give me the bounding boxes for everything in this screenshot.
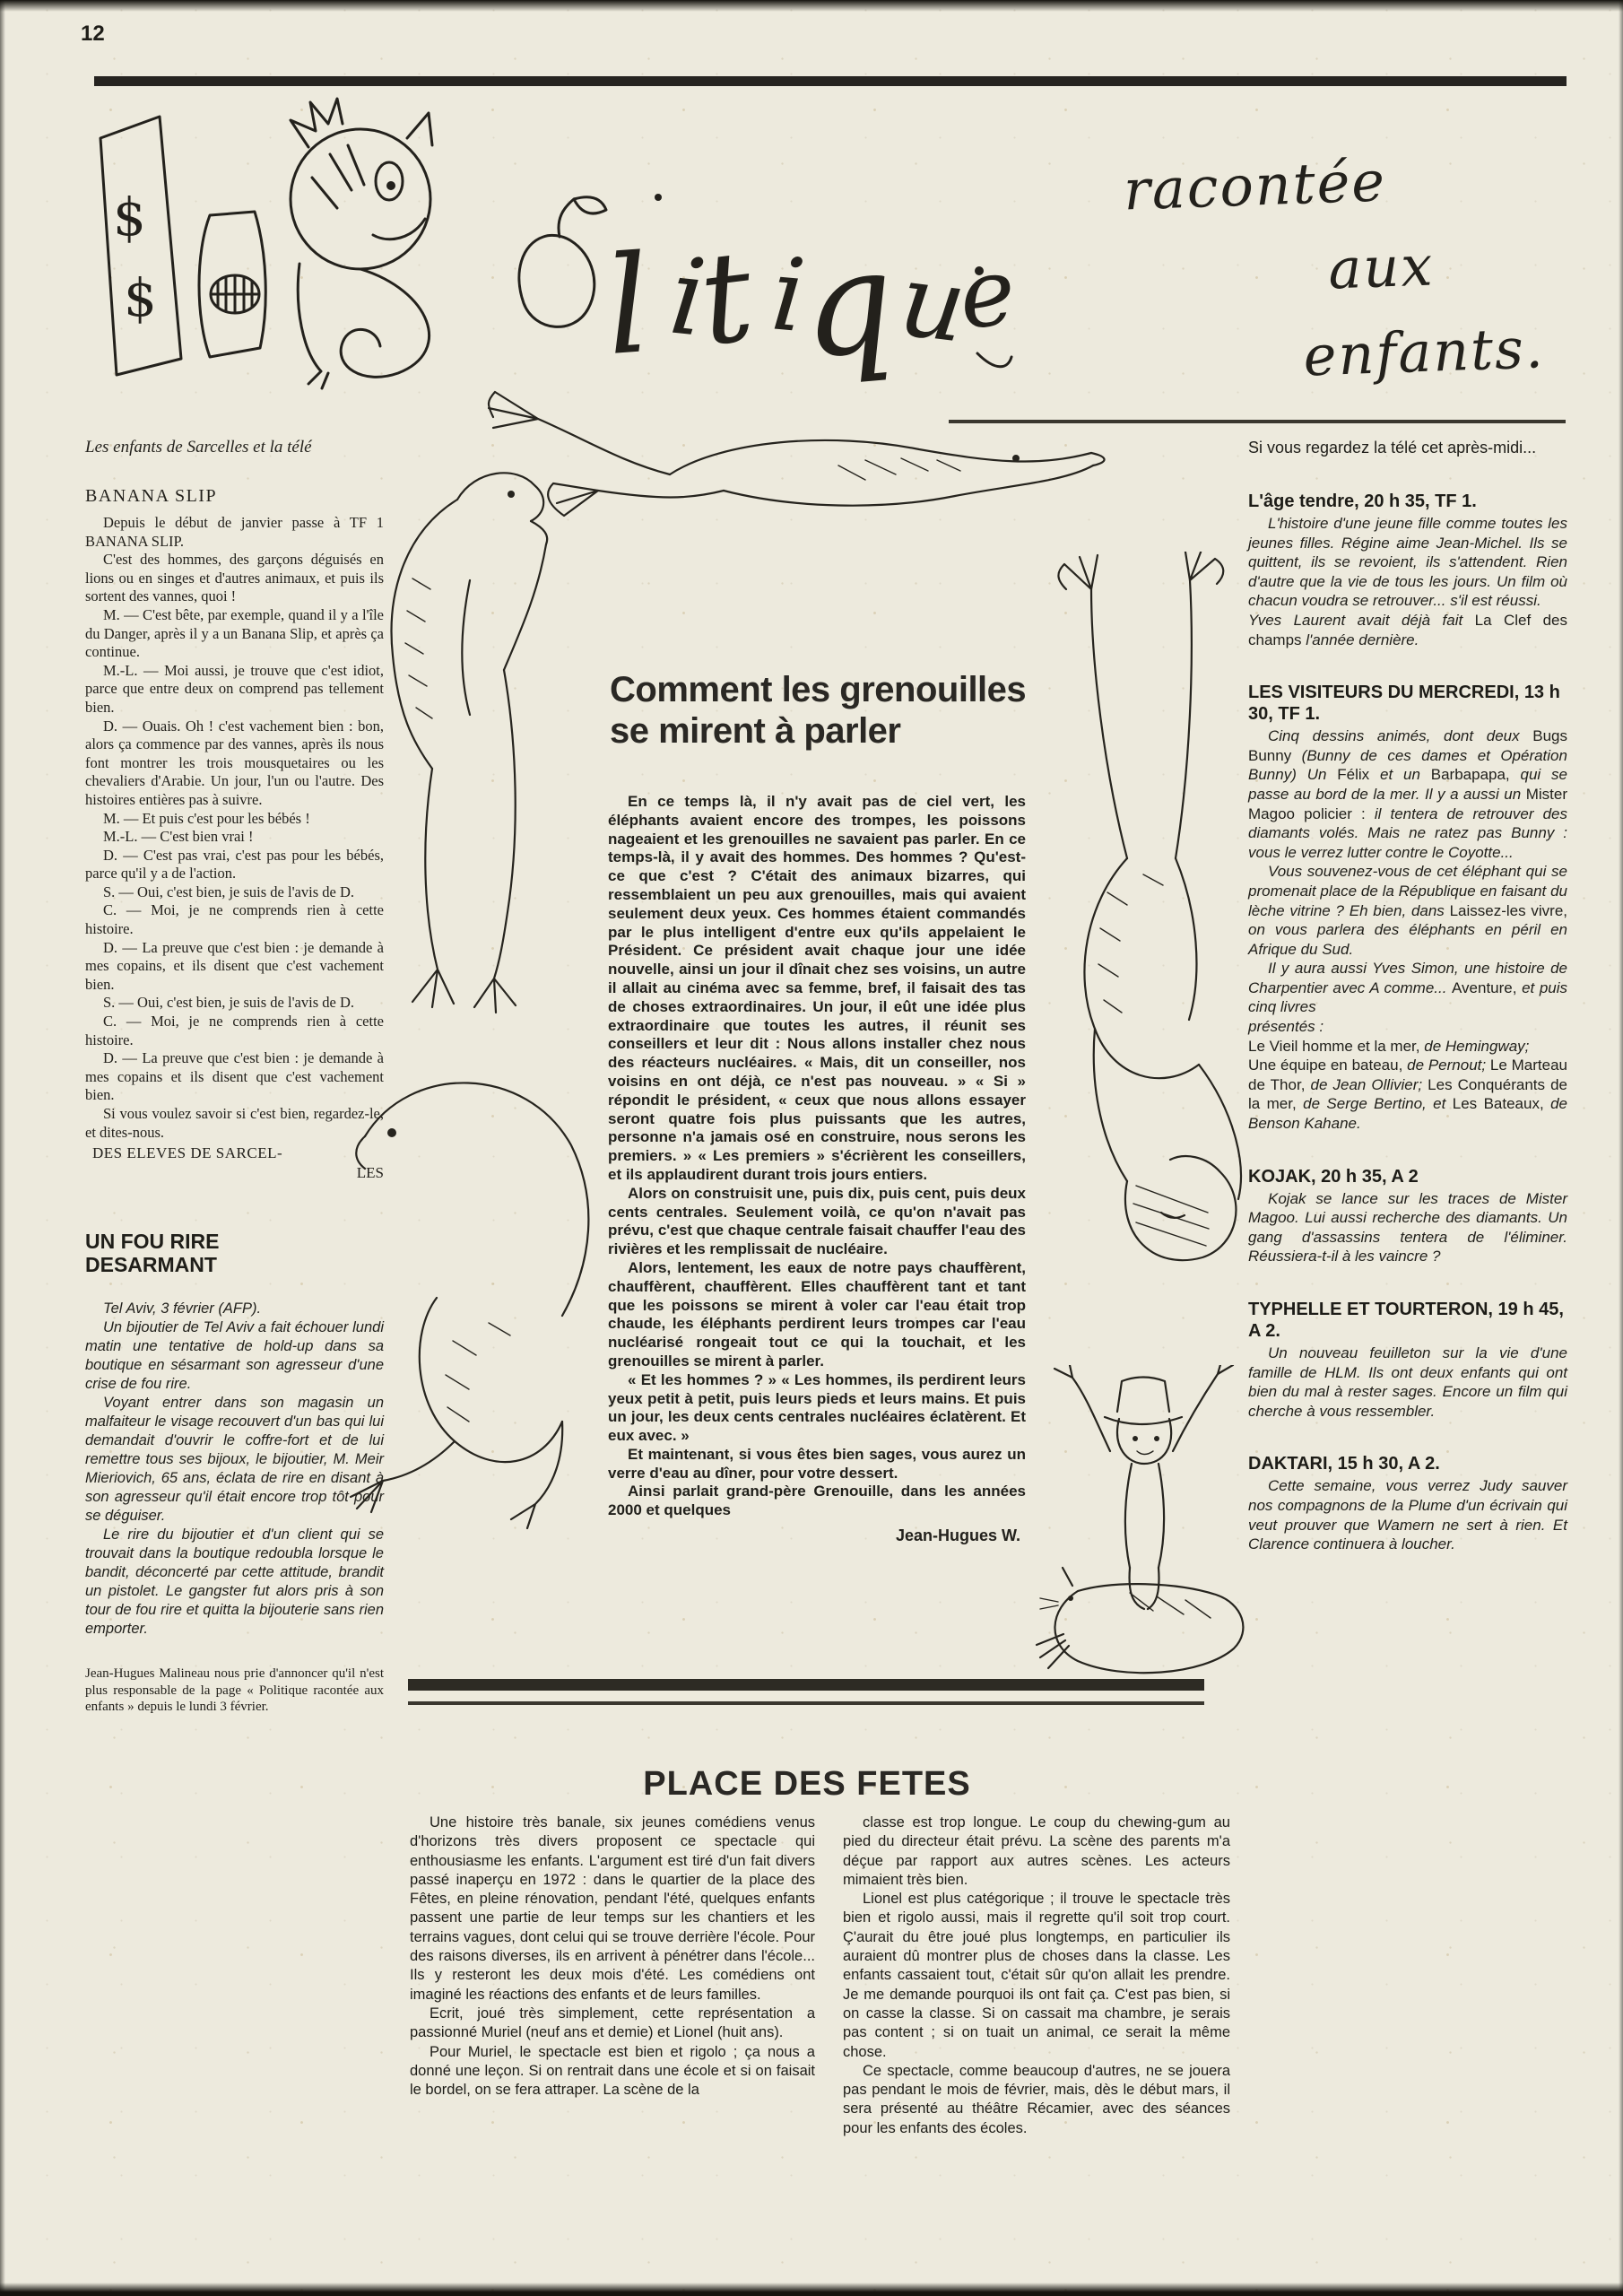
page-edge-top: [0, 0, 1623, 12]
article-paragraph: Alors, lentement, les eaux de notre pays…: [608, 1259, 1026, 1371]
program-paragraph: Le Vieil homme et la mer, de Hemingway;: [1248, 1037, 1567, 1057]
masthead-art-letter: e: [954, 236, 1015, 351]
headline-line2: se mirent à parler: [610, 710, 1058, 752]
program-text-run: Yves Laurent avait déjà fait: [1248, 612, 1475, 629]
program-text-run: de Hemingway;: [1424, 1038, 1529, 1055]
tv-program-list: L'âge tendre, 20 h 35, TF 1.L'histoire d…: [1248, 491, 1567, 1554]
bottom-article-paragraph: Une histoire très banale, six jeunes com…: [410, 1813, 815, 2005]
bottom-article-title: PLACE DES FETES: [408, 1765, 1206, 1803]
program-paragraph: L'histoire d'une jeune fille comme toute…: [1248, 514, 1567, 611]
article-paragraph: En ce temps là, il n'y avait pas de ciel…: [608, 793, 1026, 1185]
newspaper-page: 12 $$ litique racontéeauxenfants. Les en…: [0, 0, 1623, 2296]
bottom-article-column-1: Une histoire très banale, six jeunes com…: [410, 1813, 815, 2100]
program-paragraph: Cette semaine, vous verrez Judy sauver n…: [1248, 1476, 1567, 1553]
dollar-sign-art: $: [113, 187, 146, 248]
page-edge-left: [0, 0, 5, 2296]
separator-thick: [408, 1679, 1204, 1691]
program-heading: DAKTARI, 15 h 30, A 2.: [1248, 1453, 1567, 1474]
program-text-run: présentés :: [1248, 1018, 1324, 1035]
bottom-article-column-2: classe est trop longue. Le coup du chewi…: [843, 1813, 1230, 2138]
masthead-art-letter: t: [692, 223, 760, 375]
standing-frog-illustration: [323, 444, 619, 1022]
program-paragraph: Cinq dessins animés, dont deux Bugs Bunn…: [1248, 726, 1567, 862]
masthead-rule: [94, 76, 1567, 86]
program-text-run: Laissez-les vivre,: [1450, 902, 1567, 919]
article-paragraph: « Et les hommes ? » « Les hommes, ils pe…: [608, 1371, 1026, 1446]
main-article-body: En ce temps là, il n'y avait pas de ciel…: [608, 793, 1026, 1561]
article-paragraph: Alors on construisit une, puis dix, puis…: [608, 1185, 1026, 1259]
program-heading: KOJAK, 20 h 35, A 2: [1248, 1166, 1567, 1187]
program-text-run: Le Vieil homme et la mer,: [1248, 1038, 1424, 1055]
article-paragraph: Ainsi parlait grand-père Grenouille, dan…: [608, 1483, 1026, 1520]
program-paragraph: présentés :: [1248, 1017, 1567, 1037]
main-article-paragraphs: En ce temps là, il n'y avait pas de ciel…: [608, 793, 1026, 1520]
bottom-article-paragraph: Ecrit, joué très simplement, cette repré…: [410, 2005, 815, 2043]
program-text-run: Félix: [1337, 766, 1380, 783]
program-text-run: Kojak se lance sur les traces de Mister …: [1248, 1190, 1567, 1265]
cat-ear-spikes: [291, 99, 343, 147]
bottom-article-paragraph: Lionel est plus catégorique ; il trouve …: [843, 1890, 1230, 2062]
program-paragraph: Un nouveau feuilleton sur la vie d'une f…: [1248, 1344, 1567, 1421]
article-paragraph: Et maintenant, si vous êtes bien sages, …: [608, 1446, 1026, 1483]
program-heading: TYPHELLE ET TOURTERON, 19 h 45, A 2.: [1248, 1299, 1567, 1342]
program-text-run: Barbapapa,: [1431, 766, 1521, 783]
editor-note: Jean-Hugues Malineau nous prie d'annonce…: [85, 1665, 384, 1716]
page-number: 12: [81, 23, 105, 45]
program-text-run: de Serge Bertino, et: [1303, 1095, 1453, 1112]
program-text-run: L'histoire d'une jeune fille comme toute…: [1248, 515, 1567, 609]
program-heading: LES VISITEURS DU MERCREDI, 13 h 30, TF 1…: [1248, 682, 1567, 725]
bottom-article-paragraph: Ce spectacle, comme beaucoup d'autres, n…: [843, 2062, 1230, 2138]
program-text-run: Cinq dessins animés, dont deux: [1268, 727, 1532, 744]
cat-body-spiral: [341, 269, 429, 377]
program-text-run: Une équipe en bateau,: [1248, 1057, 1407, 1074]
program-paragraph: Il y aura aussi Yves Simon, une histoire…: [1248, 959, 1567, 1017]
program-text-run: l'année dernière.: [1306, 631, 1419, 648]
letter-o-pear: [519, 235, 595, 326]
masthead-title-art: $$ litique: [74, 91, 1015, 395]
article-signature: Jean-Hugues W.: [608, 1526, 1026, 1545]
program-text-run: Aventure,: [1452, 979, 1522, 996]
main-headline: Comment les grenouilles se mirent à parl…: [610, 669, 1058, 752]
page-edge-bottom: [0, 2283, 1623, 2296]
program-text-run: on vous parlera des éléphants en péril e…: [1248, 921, 1567, 958]
program-text-run: et: [1478, 747, 1501, 764]
tv-afternoon-intro: Si vous regardez la télé cet après-midi.…: [1248, 438, 1567, 458]
program-text-run: de Pernout;: [1407, 1057, 1490, 1074]
program-text-run: et un: [1380, 766, 1431, 783]
bottom-article-paragraph: Pour Muriel, le spectacle est bien et ri…: [410, 2043, 815, 2100]
program-text-run: (Bunny de ces dames: [1302, 747, 1478, 764]
program-text-run: Un nouveau feuilleton sur la vie d'une f…: [1248, 1344, 1567, 1420]
headline-line1: Comment les grenouilles: [610, 669, 1058, 710]
right-column: Si vous regardez la télé cet après-midi.…: [1248, 438, 1567, 1554]
afp-paragraph: Le rire du bijoutier et d'un client qui …: [85, 1526, 384, 1639]
program-paragraph: Kojak se lance sur les traces de Mister …: [1248, 1189, 1567, 1266]
bottom-article-paragraph: classe est trop longue. Le coup du chewi…: [843, 1813, 1230, 1890]
program-text-run: Cette semaine, vous verrez Judy sauver n…: [1248, 1477, 1567, 1552]
dollar-sign-art: $: [124, 267, 157, 328]
cat-head: [291, 129, 430, 269]
program-paragraph: Yves Laurent avait déjà fait La Clef des…: [1248, 611, 1567, 649]
program-heading: L'âge tendre, 20 h 35, TF 1.: [1248, 491, 1567, 512]
program-text-run: Les Bateaux,: [1453, 1095, 1550, 1112]
separator-thin: [408, 1701, 1204, 1705]
program-paragraph: Une équipe en bateau, de Pernout; Le Mar…: [1248, 1056, 1567, 1133]
crouching-frog-illustration: [327, 1027, 614, 1529]
program-paragraph: Vous souvenez-vous de cet éléphant qui s…: [1248, 862, 1567, 959]
page-edge-right: [1619, 0, 1623, 2296]
program-text-run: de Jean Ollivier;: [1311, 1076, 1428, 1093]
program-text-run: Un: [1307, 766, 1338, 783]
